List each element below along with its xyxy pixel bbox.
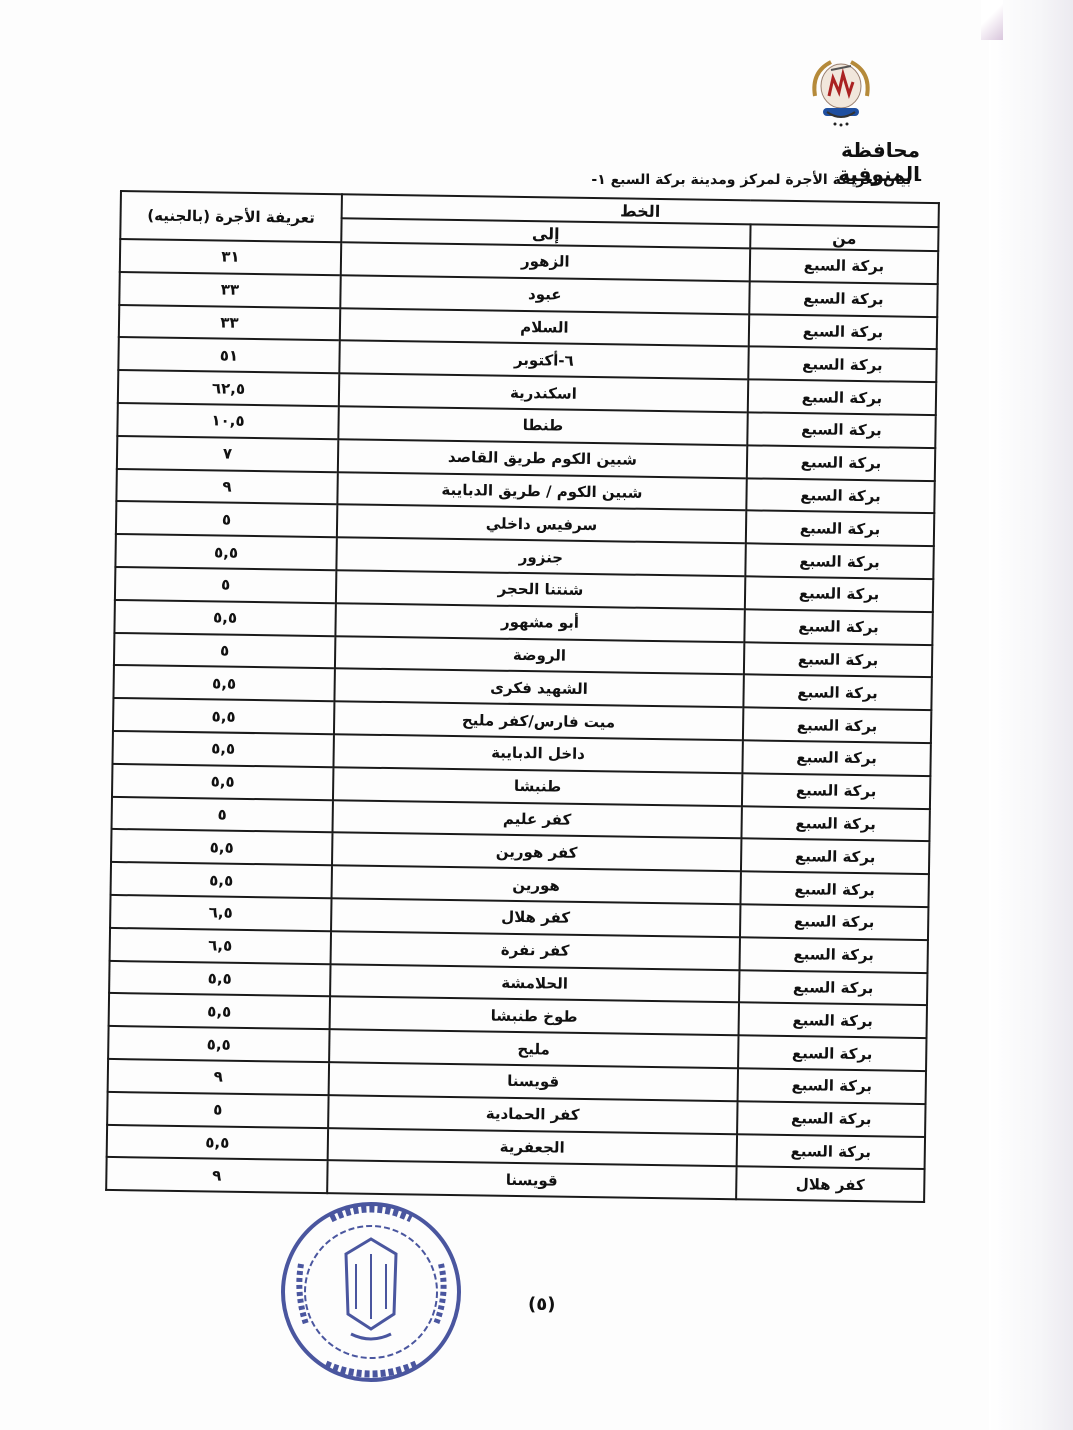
cell-fare: ٥,٥ bbox=[107, 1124, 328, 1160]
official-stamp-icon bbox=[276, 1194, 466, 1390]
header-from: من bbox=[750, 224, 938, 251]
cell-from: بركة السبع bbox=[738, 1035, 927, 1071]
cell-fare: ٧ bbox=[117, 436, 338, 472]
page-number: (٥) bbox=[528, 1294, 555, 1315]
cell-from: بركة السبع bbox=[749, 314, 938, 350]
cell-fare: ٣٣ bbox=[119, 272, 340, 308]
cell-fare: ٥,٥ bbox=[115, 534, 336, 570]
cell-fare: ٥,٥ bbox=[111, 829, 332, 865]
cell-fare: ٥,٥ bbox=[109, 960, 330, 996]
cell-from: بركة السبع bbox=[742, 740, 931, 776]
header-fare: تعريفة الأجرة (بالجنيه) bbox=[120, 191, 342, 242]
cell-from: بركة السبع bbox=[743, 675, 932, 711]
cell-from: بركة السبع bbox=[747, 412, 936, 448]
cell-from: بركة السبع bbox=[737, 1101, 926, 1137]
fare-table: الخط تعريفة الأجرة (بالجنيه) من إلى بركة… bbox=[105, 190, 940, 1203]
cell-fare: ٥ bbox=[107, 1092, 328, 1128]
cell-fare: ٦٢,٥ bbox=[118, 370, 339, 406]
cell-from: بركة السبع bbox=[746, 511, 935, 547]
cell-fare: ٥ bbox=[116, 501, 337, 537]
cell-fare: ٩ bbox=[106, 1157, 327, 1193]
page-edge-shadow bbox=[989, 0, 1073, 1430]
cell-from: بركة السبع bbox=[745, 543, 934, 579]
cell-from: بركة السبع bbox=[743, 707, 932, 743]
fare-table-container: الخط تعريفة الأجرة (بالجنيه) من إلى بركة… bbox=[105, 190, 940, 1203]
cell-fare: ٥,٥ bbox=[109, 993, 330, 1029]
cell-fare: ٩ bbox=[108, 1059, 329, 1095]
cell-fare: ٥,٥ bbox=[111, 862, 332, 898]
cell-from: بركة السبع bbox=[740, 904, 929, 940]
cell-fare: ٣٣ bbox=[119, 305, 340, 341]
cell-fare: ٣١ bbox=[120, 239, 341, 275]
cell-fare: ٥١ bbox=[118, 337, 339, 373]
cell-from: بركة السبع bbox=[746, 478, 935, 514]
fare-table-body: بركة السبعالزهور٣١بركة السبععبود٣٣بركة ا… bbox=[106, 239, 938, 1202]
cell-from: بركة السبع bbox=[750, 248, 939, 284]
cell-fare: ٥ bbox=[115, 567, 336, 603]
cell-from: بركة السبع bbox=[740, 871, 929, 907]
cell-fare: ٥,٥ bbox=[113, 698, 334, 734]
cell-from: بركة السبع bbox=[748, 380, 937, 416]
cell-from: بركة السبع bbox=[739, 937, 928, 973]
cell-from: بركة السبع bbox=[745, 576, 934, 612]
cell-from: بركة السبع bbox=[749, 281, 938, 317]
cell-fare: ٥,٥ bbox=[113, 665, 334, 701]
cell-from: بركة السبع bbox=[742, 773, 931, 809]
cell-fare: ٥,٥ bbox=[108, 1026, 329, 1062]
cell-from: بركة السبع bbox=[739, 970, 928, 1006]
cell-fare: ٥ bbox=[112, 796, 333, 832]
cell-fare: ٩ bbox=[116, 469, 337, 505]
cell-fare: ٥,٥ bbox=[112, 764, 333, 800]
cell-fare: ٥,٥ bbox=[112, 731, 333, 767]
cell-fare: ٥ bbox=[114, 633, 335, 669]
cell-from: بركة السبع bbox=[737, 1068, 926, 1104]
cell-from: بركة السبع bbox=[747, 445, 936, 481]
cell-from: بركة السبع bbox=[744, 609, 933, 645]
cell-fare: ٦,٥ bbox=[110, 928, 331, 964]
cell-from: بركة السبع bbox=[738, 1003, 927, 1039]
page-corner bbox=[981, 0, 1003, 40]
document-subtitle: - بيان تعريفة الأجرة لمركز ومدينة بركة ا… bbox=[600, 172, 922, 188]
cell-from: بركة السبع bbox=[748, 347, 937, 383]
cell-from: بركة السبع bbox=[741, 806, 930, 842]
cell-fare: ١٠,٥ bbox=[117, 403, 338, 439]
cell-fare: ٥,٥ bbox=[114, 600, 335, 636]
cell-from: بركة السبع bbox=[744, 642, 933, 678]
cell-from: كفر هلال bbox=[736, 1167, 925, 1203]
cell-from: بركة السبع bbox=[741, 839, 930, 875]
governorate-emblem-icon bbox=[805, 52, 877, 130]
cell-from: بركة السبع bbox=[736, 1134, 925, 1170]
cell-fare: ٦,٥ bbox=[110, 895, 331, 931]
